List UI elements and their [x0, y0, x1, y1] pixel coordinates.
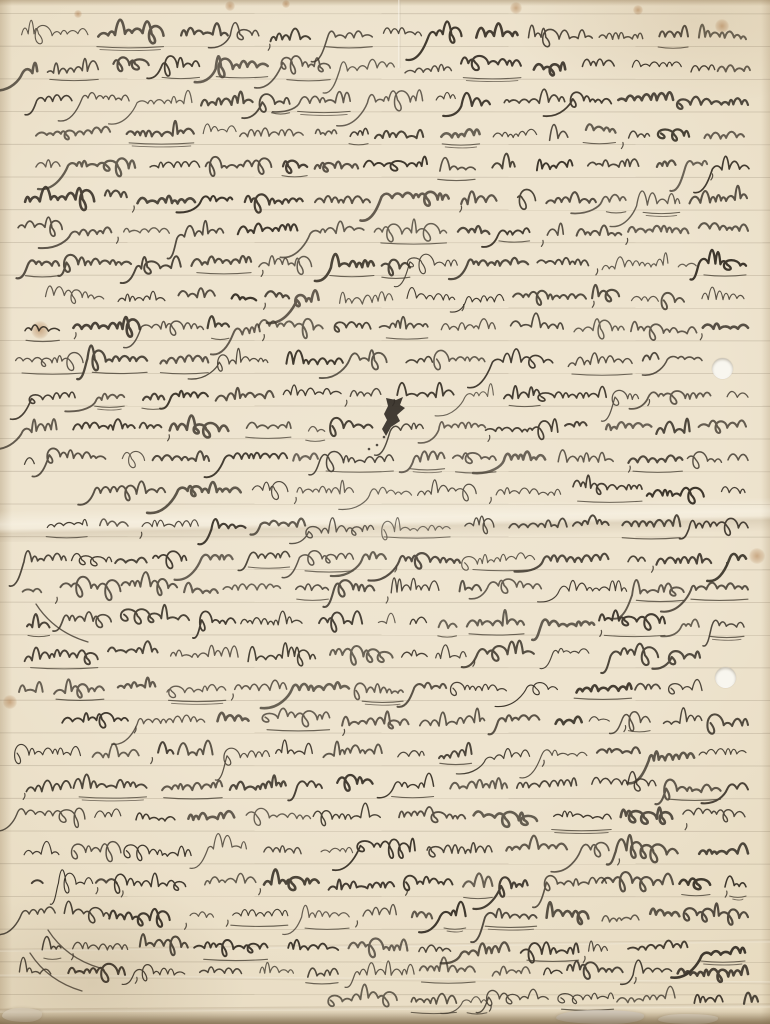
letter-page — [0, 0, 770, 1024]
handwriting-row — [25, 641, 700, 673]
handwriting-row — [11, 383, 749, 421]
ink-speck — [368, 448, 371, 451]
handwriting-row — [18, 217, 748, 258]
handwriting-row — [62, 708, 748, 745]
handwriting-row — [25, 313, 748, 354]
handwriting-row — [27, 604, 744, 646]
ink-speck — [376, 444, 379, 447]
handwriting-row — [0, 803, 745, 833]
handwriting-row — [0, 416, 746, 456]
ink-blot-crossed-out-word — [382, 397, 405, 436]
worn-patch-bottom-right — [556, 1010, 644, 1024]
handwriting-row — [15, 740, 746, 783]
handwriting-row — [32, 869, 746, 909]
handwriting-row — [23, 572, 748, 619]
handwriting-row — [16, 346, 702, 388]
worn-patch-bottom-left — [2, 1008, 42, 1022]
handwriting-row — [46, 515, 748, 544]
handwriting-row — [0, 56, 750, 93]
handwriting-row — [36, 154, 749, 193]
handwriting-row — [0, 901, 748, 942]
handwriting-row — [45, 285, 744, 323]
handwriting-row — [36, 121, 744, 149]
ink-speck — [383, 436, 386, 439]
punch-hole-top — [712, 358, 733, 379]
handwriting-row — [78, 475, 745, 513]
handwriting-row — [17, 250, 747, 287]
handwriting-row — [19, 678, 702, 709]
handwriting-row — [25, 448, 749, 477]
handwriting-row — [19, 953, 748, 991]
handwriting — [0, 0, 770, 1024]
handwriting-row — [24, 834, 748, 872]
worn-patch-bottom-right-2 — [658, 1014, 718, 1024]
punch-hole-bottom — [715, 667, 736, 688]
handwriting-row — [25, 186, 747, 227]
handwriting-row — [22, 20, 746, 62]
handwriting-row — [25, 89, 748, 126]
handwriting-row — [328, 984, 758, 1014]
